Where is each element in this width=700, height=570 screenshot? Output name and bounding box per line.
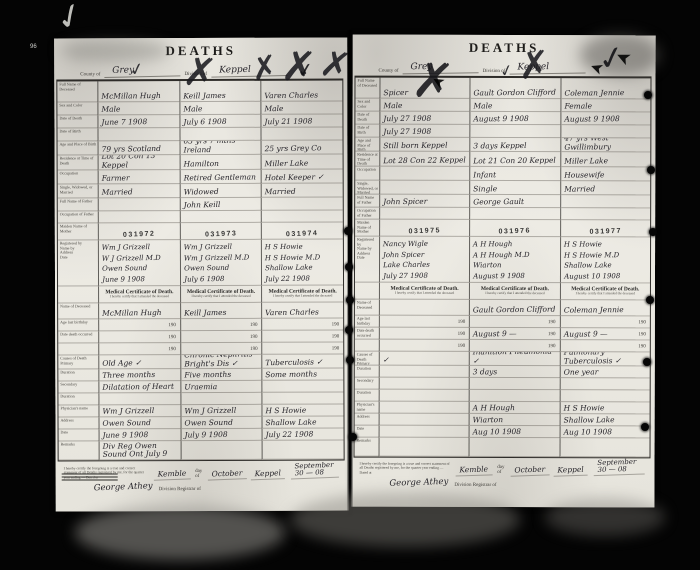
printed-year-stub: 190 (332, 335, 340, 341)
printed-year-stub: 190 (250, 323, 258, 329)
printed-year-stub: 190 (458, 332, 466, 338)
age_birthplace-cell: 3 days Keppel (470, 138, 560, 152)
death-records-table-right: Full Name of DeceasedSpicerGault Gordon … (354, 76, 652, 459)
age_birthplace-value: 25 yrs Grey Co (265, 144, 340, 154)
age_birthplace-cell: 63 yrs 7 mths Ireland (179, 141, 261, 155)
cert_name-value: Gault Gordon Clifford (473, 306, 556, 315)
marital-value: Married (102, 188, 177, 198)
physician_address-value: Shallow Lake (266, 418, 341, 428)
med_cert-cell: Medical Certificate of Death.I hereby ce… (261, 286, 343, 303)
physician_date-cell (379, 426, 469, 438)
residence-value: Lot 28 Con 22 Keppel (383, 157, 466, 166)
marital-value: Married (564, 185, 647, 194)
father-cell: John Spicer (379, 195, 469, 208)
sex-value: Male (474, 102, 557, 111)
remarks-cell (262, 441, 344, 460)
quarter-end-date: September 30 — 08 (290, 462, 339, 480)
reg_no-cell: 031972 (98, 223, 180, 240)
marital-cell: Married (560, 181, 650, 195)
field-label: Address (355, 414, 379, 426)
cause_secondary-cell (262, 381, 344, 393)
field-label (58, 343, 98, 355)
scanned-death-register: 96 DEATHS County of Grey Division of Kep… (0, 0, 700, 570)
page-footer: I hereby certify the foregoing is a true… (359, 459, 648, 500)
field-label: Maiden Name of Mother (355, 220, 379, 237)
field-label: Occupation of Father (355, 208, 379, 220)
reg_no-cell: 031977 (560, 220, 650, 237)
father-value: John Keill (183, 201, 258, 211)
sex-cell: Male (97, 102, 179, 115)
birth_date-cell (470, 125, 560, 138)
physician_name-cell: Wm J Grizzell (180, 405, 262, 417)
death_date-cell: July 6 1908 (179, 115, 261, 128)
field-label: Duration (355, 390, 379, 402)
death_date-cell: August 9 1908 (470, 112, 560, 125)
cause_duration-cell: One year (559, 366, 649, 378)
name-cell: Gault Gordon Clifford (470, 78, 560, 99)
father-cell (98, 198, 180, 211)
field-label: Single, Widowed, or Married (355, 181, 379, 195)
field-label: Sex and Color (57, 102, 97, 115)
informant-cell: Wm J Grizzell W J Grizzell M.D Owen Soun… (98, 240, 180, 286)
field-label: Date (59, 429, 99, 441)
cause_duration-value: Five months (184, 371, 259, 381)
father_occupation-cell (560, 208, 650, 220)
residence-cell: Miller Lake (560, 152, 650, 167)
cause_duration-cell: Some months (262, 369, 344, 381)
field-label: Name of Deceased (355, 300, 379, 316)
father_occupation-cell (98, 211, 180, 223)
page-number: 96 (30, 44, 37, 50)
cause_secondary-cell: Uraemia (180, 381, 262, 393)
death_date-value: August 9 1908 (564, 115, 647, 124)
field-label: Age last birthday (355, 316, 379, 328)
age_birthplace-cell: 79 yrs Scotland (98, 141, 180, 155)
reg_no-value: 031977 (564, 227, 648, 238)
field-label: Registered by Name by Address Date (58, 240, 98, 286)
med_cert-cell: Medical Certificate of Death.I hereby ce… (560, 283, 650, 300)
physician_address-cell: Shallow Lake (559, 414, 649, 426)
cause_primary-cell: Old Age ✓ (98, 355, 180, 369)
cause_duration2-cell (262, 393, 344, 405)
birth_date-cell (97, 128, 179, 141)
printed-year-stub: 190 (638, 333, 646, 339)
field-label: Age and Place of Birth (355, 138, 379, 152)
printed-year-stub: 190 (168, 347, 176, 353)
printed-year-stub: 190 (458, 344, 466, 350)
field-label: Age and Place of Birth (58, 141, 98, 155)
cause_duration-value: One year (563, 368, 646, 377)
cert_name-value: Keill James (184, 309, 259, 319)
date_occurred-cell: 190 (379, 328, 469, 340)
age_birthplace-value: Still born Keppel (383, 142, 466, 151)
cause_secondary-cell: Dilatation of Heart (98, 381, 180, 393)
name-value: Gault Gordon Clifford (474, 89, 557, 98)
remarks-value (563, 456, 646, 457)
father_occupation-cell (261, 211, 343, 223)
field-label: Single, Widowed, or Married (58, 184, 98, 198)
field-label: Name of Deceased (58, 303, 98, 319)
name-cell: Spicer (379, 78, 469, 99)
cause_duration2-cell (98, 393, 180, 405)
physician_name-value: A H Hough (473, 404, 556, 413)
father-cell (560, 195, 650, 208)
field-label: Duration (355, 366, 379, 378)
remarks-value (383, 455, 466, 456)
residence-cell: Lot 20 Con 13 Keppel (98, 155, 180, 170)
informant-value: Wm J Grizzell W J Grizzell M.D Owen Soun… (102, 240, 177, 285)
father-cell: George Gault (469, 195, 559, 208)
death_date-cell: July 27 1908 (379, 112, 469, 125)
informant-value: H S Howie H S Howie M.D Shallow Lake Aug… (563, 237, 647, 282)
informant-cell: A H Hough A H Hough M.D Wiarton August 9… (469, 237, 559, 283)
field-label: Date of Birth (57, 128, 97, 141)
cause_primary-value: Inanition Pneumonia ✓ (473, 352, 556, 366)
death_date-cell: June 7 1908 (97, 115, 179, 128)
remarks-value (473, 456, 556, 457)
physician_date-value: June 9 1908 (102, 431, 177, 441)
field-label (355, 340, 379, 352)
birth_date-cell (261, 128, 343, 141)
occupation-value: Hotel Keeper ✓ (265, 173, 340, 183)
cause_primary-cell: Chronic Nephritis Bright's Dis ✓ (180, 355, 262, 369)
cause_primary-cell: ✓ (379, 352, 469, 366)
age_birthplace-value: 47 yrs West Gwillimbury (564, 138, 648, 152)
age_last-cell: 190 (560, 316, 650, 328)
day-of-label: day of (195, 469, 202, 479)
marital-cell: Widowed (179, 184, 261, 198)
printed-year-stub: 190 (332, 347, 340, 353)
printed-year-stub: 190 (168, 323, 176, 329)
division-label: Division of (184, 72, 207, 77)
cause_duration2-cell (559, 390, 649, 402)
marital-cell: Single (470, 181, 560, 195)
day-of-label: day of (497, 465, 505, 475)
cause_duration2-cell (469, 390, 559, 402)
date_occurred-cell: 190 (180, 331, 262, 343)
field-label: Date of Death (355, 112, 379, 125)
physician_date-value: July 22 1908 (266, 430, 341, 440)
cause_duration-value: Some months (266, 370, 341, 380)
field-label: Date death occurred (355, 328, 379, 340)
printed-year-stub: 190 (458, 320, 466, 326)
remarks-cell (469, 438, 559, 457)
reg_no-cell: 031974 (261, 223, 343, 240)
division-value: Keppel (211, 65, 287, 78)
physician_date-cell: July 9 1908 (180, 429, 262, 441)
date_occurred-cell: August 9 —190 (559, 328, 649, 340)
sec_date-cell: 190 (262, 343, 344, 355)
reg_no-value: 031975 (383, 226, 467, 237)
cause_primary-cell: Inanition Pneumonia ✓ (469, 352, 559, 366)
cause_duration-cell (379, 366, 469, 378)
sec_date-cell: 190 (180, 343, 262, 355)
age_last-cell: 190 (469, 316, 559, 328)
med-cert-subtitle: I hereby certify that I attended the dec… (110, 295, 169, 299)
physician_address-cell: Owen Sound (98, 417, 180, 429)
father-cell: John Keill (179, 198, 261, 211)
date_occurred-cell: 190 (262, 331, 344, 343)
sex-cell: Male (261, 102, 343, 115)
residence-value: Hamilton (183, 160, 258, 170)
reg_no-value: 031976 (473, 227, 557, 238)
ink-strike-mark (62, 473, 118, 481)
occupation-value: Housewife (564, 171, 647, 180)
physician_address-cell: Owen Sound (180, 417, 262, 429)
sex-value: Female (564, 102, 647, 111)
field-label: Duration (58, 369, 98, 381)
division-label: Division of (483, 69, 506, 74)
name-cell: Coleman Jennie (560, 78, 650, 99)
death_date-cell: August 9 1908 (560, 112, 650, 125)
field-label: Physician's name (355, 402, 379, 414)
cert_name-value: Coleman Jennie (564, 306, 647, 315)
county-value: Grey (403, 62, 479, 74)
cert_name-value: Varen Charles (265, 308, 340, 318)
printed-year-stub: 190 (250, 347, 258, 353)
physician_address-cell: Wiarton (469, 414, 559, 426)
physician_name-value: Wm J Grizzell (184, 407, 259, 417)
printed-year-stub: 190 (168, 335, 176, 341)
father-cell (261, 198, 343, 211)
reg_no-cell: 031973 (179, 223, 261, 240)
registrar-of-label: Division Registrar of (454, 483, 496, 488)
date_occurred-value: August 9 — (473, 330, 556, 339)
field-label (58, 286, 98, 303)
cause_duration-value: 3 days (473, 368, 556, 377)
reg_no-value: 031973 (183, 229, 258, 240)
informant-value: A H Hough A H Hough M.D Wiarton August 9… (473, 237, 557, 282)
register-page-right: DEATHS County of Grey Division of Keppel… (351, 35, 655, 508)
reg_no-cell: 031975 (379, 220, 469, 237)
page-title: DEATHS (54, 42, 347, 59)
binding-hole (641, 423, 649, 431)
county-line: County of Grey Division of Keppel (54, 58, 347, 78)
field-label: Registered by Name by Address Date (355, 237, 379, 283)
marital-cell: Married (98, 184, 180, 198)
birth_date-cell (560, 125, 650, 138)
sec_date-cell: 190 (98, 343, 180, 355)
cause_primary-value: Chronic Nephritis Bright's Dis ✓ (184, 355, 259, 369)
age_last-cell: 190 (379, 316, 469, 328)
field-label: Age last birthday (58, 319, 98, 331)
cause_primary-value: Old Age ✓ (102, 359, 177, 369)
cert_name-cell: Keill James (180, 303, 262, 319)
physician_address-value: Owen Sound (102, 419, 177, 429)
physician_date-cell: June 9 1908 (99, 429, 181, 441)
register-page-left: DEATHS County of Grey Division of Keppel… (54, 37, 349, 511)
birth_date-cell: July 27 1908 (379, 125, 469, 138)
med_cert-cell: Medical Certificate of Death.I hereby ce… (98, 286, 180, 303)
physician_date-cell: July 22 1908 (262, 429, 344, 441)
remarks-value (266, 458, 341, 459)
certification-line: I hereby certify the foregoing is a true… (359, 459, 648, 476)
marital-value: Married (265, 187, 340, 197)
county-line: County of Grey Division of Keppel (353, 56, 656, 76)
death_date-value: July 6 1908 (183, 118, 258, 128)
med-cert-subtitle: I hereby certify that I attended the dec… (576, 292, 635, 296)
county-label: County of (379, 69, 399, 74)
signature-line: George Athey Division Registrar of (359, 478, 648, 489)
residence-cell: Miller Lake (261, 155, 343, 170)
cause_primary-cell: Tuberculosis ✓ (262, 355, 344, 369)
field-label: Physician's name (58, 405, 98, 417)
sex-value: Male (101, 105, 176, 115)
page-footer: I hereby certify the foregoing is a true… (64, 463, 343, 504)
age_birthplace-value: 63 yrs 7 mths Ireland (183, 141, 258, 155)
sex-cell: Male (470, 99, 560, 112)
death_date-value: July 21 1908 (265, 117, 340, 127)
informant-value: H S Howie H S Howie M.D Shallow Lake Jul… (265, 240, 340, 285)
med-cert-subtitle: I hereby certify that I attended the dec… (395, 292, 454, 296)
physician_address-cell: Shallow Lake (262, 417, 344, 429)
physician_date-cell: Aug 10 1908 (559, 426, 649, 438)
cause_secondary-cell (559, 378, 649, 390)
occupation-cell: Retired Gentleman (179, 170, 261, 184)
name-value: Varen Charles (265, 91, 340, 101)
informant-cell: Wm J Grizzell Wm J Grizzell M.D Owen Sou… (180, 240, 262, 286)
informant-value: Wm J Grizzell Wm J Grizzell M.D Owen Sou… (183, 240, 258, 285)
marital-cell (379, 181, 469, 195)
scan-smudge (75, 505, 285, 560)
residence-value: Lot 21 Con 20 Keppel (474, 157, 557, 166)
date_occurred-cell: 190 (98, 331, 180, 343)
residence-value: Miller Lake (265, 159, 340, 169)
binding-hole (345, 263, 353, 271)
registrar-of-label: Division Registrar of (159, 487, 201, 492)
field-label: Date death occurred (58, 331, 98, 343)
name-value: McMillan Hugh (101, 92, 176, 102)
physician_name-value: Wm J Grizzell (102, 407, 177, 417)
physician_address-cell (379, 414, 469, 426)
binding-hole (649, 228, 657, 236)
field-label: Remarks (59, 441, 99, 460)
printed-year-stub: 190 (332, 323, 340, 329)
occupation-value: Retired Gentleman (183, 174, 258, 184)
name-value: Coleman Jennie (564, 89, 647, 98)
binding-hole (644, 91, 652, 99)
age_birthplace-cell: 25 yrs Grey Co (261, 141, 343, 155)
father-value: John Spicer (383, 198, 466, 207)
field-label: Occupation (355, 167, 379, 181)
birth_date-cell (179, 128, 261, 141)
physician_name-cell: H S Howie (262, 405, 344, 417)
sex-cell: Male (379, 99, 469, 112)
cause_duration-cell: Three months (98, 369, 180, 381)
month-value: October (207, 469, 246, 480)
marital-value: Widowed (183, 188, 258, 198)
field-label: Causes of Death Primary (58, 355, 98, 369)
residence-cell: Lot 28 Con 22 Keppel (379, 152, 469, 167)
age_last-cell: 190 (98, 319, 180, 331)
cause_primary-cell: Pulmonary Tuberculosis ✓ (559, 352, 649, 366)
binding-hole (344, 227, 352, 235)
remarks-value (184, 458, 259, 459)
page-title: DEATHS (353, 40, 656, 57)
father_occupation-cell (379, 208, 469, 220)
occupation-cell: Farmer (98, 170, 180, 184)
book-binding-seam (347, 30, 353, 515)
age_birthplace-cell: 47 yrs West Gwillimbury (560, 138, 650, 152)
physician_name-cell (379, 402, 469, 414)
cause_duration2-cell (379, 390, 469, 402)
cause_duration-cell: Five months (180, 369, 262, 381)
residence-cell: Hamilton (179, 155, 261, 170)
sex-value: Male (383, 102, 466, 111)
reg_no-cell: 031976 (469, 220, 559, 237)
age_birthplace-cell: Still born Keppel (379, 138, 469, 152)
sex-cell: Female (560, 99, 650, 112)
field-label: Date of Birth (355, 125, 379, 138)
physician_date-cell: Aug 10 1908 (469, 426, 559, 438)
informant-value: Nancy Wigle John Spicer Lake Charles Jul… (383, 237, 467, 282)
field-label: Occupation (58, 170, 98, 184)
death_date-value: July 27 1908 (383, 115, 466, 124)
age_birthplace-value: 79 yrs Scotland (102, 145, 177, 155)
residence-cell: Lot 21 Con 20 Keppel (470, 152, 560, 167)
marital-value: Single (474, 185, 557, 194)
cause_primary-value: ✓ (383, 356, 466, 365)
physician_date-value: July 9 1908 (184, 431, 259, 441)
residence-value: Lot 20 Con 13 Keppel (101, 155, 176, 170)
physician_address-value: Wiarton (473, 416, 556, 425)
occupation-value: Infant (474, 171, 557, 180)
age_last-cell: 190 (261, 319, 343, 331)
cause_duration-cell: 3 days (469, 366, 559, 378)
binding-hole (646, 296, 654, 304)
printed-year-stub: 190 (548, 344, 556, 350)
physician_name-cell: A H Hough (469, 402, 559, 414)
printed-year-stub: 190 (638, 345, 646, 351)
name-value: Keill James (183, 92, 258, 102)
cause_primary-value: Pulmonary Tuberculosis ✓ (563, 352, 647, 366)
binding-hole (349, 433, 357, 441)
cert_name-cell: Coleman Jennie (560, 300, 650, 316)
date_occurred-cell: August 9 —190 (469, 328, 559, 340)
sec_date-cell: 190 (559, 340, 649, 352)
cert_name-value: McMillan Hugh (102, 309, 177, 319)
county-label: County of (80, 72, 100, 77)
physician_name-cell: Wm J Grizzell (98, 405, 180, 417)
informant-cell: Nancy Wigle John Spicer Lake Charles Jul… (379, 237, 469, 283)
remarks-cell: Report delayed by Div Reg Owen Sound Ont… (99, 441, 181, 460)
physician_address-value: Shallow Lake (563, 416, 646, 425)
physician_address-value: Owen Sound (184, 419, 259, 429)
med_cert-cell: Medical Certificate of Death.I hereby ce… (469, 283, 559, 300)
county-value: Grey (104, 65, 180, 78)
death_date-value: June 7 1908 (101, 118, 176, 128)
printed-year-stub: 190 (250, 335, 258, 341)
dated-at-place: Kemble (153, 469, 190, 480)
field-label: Secondary (58, 381, 98, 393)
date_occurred-value: August 9 — (563, 330, 646, 339)
field-label: Residence at Time of Death (58, 155, 98, 170)
physician_date-value: Aug 10 1908 (473, 428, 556, 437)
father_occupation-cell (179, 211, 261, 223)
binding-hole (647, 166, 655, 174)
field-label: Full Name of Deceased (57, 81, 97, 102)
field-label: Full Name of Father (355, 195, 379, 208)
field-label: Secondary (355, 378, 379, 390)
binding-hole (346, 356, 354, 364)
field-label: Address (58, 417, 98, 429)
occupation-cell: Housewife (560, 167, 650, 181)
reg_no-value: 031972 (102, 230, 177, 241)
cause_duration-value: Three months (102, 371, 177, 381)
remarks-cell (559, 438, 649, 457)
cert_name-cell: McMillan Hugh (98, 303, 180, 319)
remarks-value: Report delayed by Div Reg Owen Sound Ont… (102, 441, 177, 460)
